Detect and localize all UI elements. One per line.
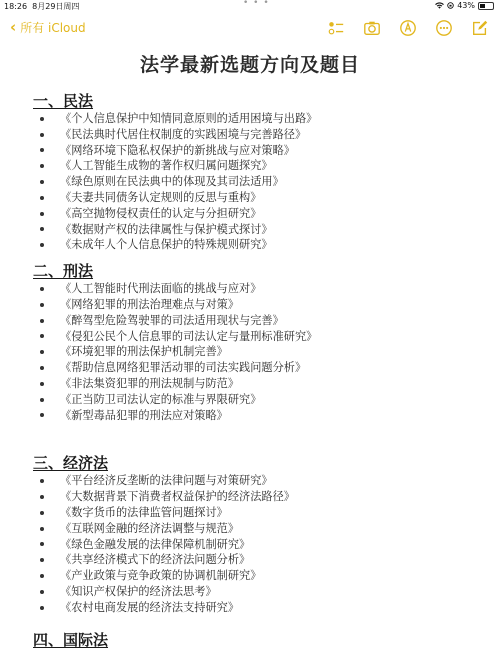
checklist-button[interactable]: [326, 18, 346, 38]
list-item: 《产业政策与竞争政策的协调机制研究》: [40, 568, 500, 584]
bullet-icon: [40, 227, 44, 231]
topic-list: 《平台经济反垄断的法律问题与对策研究》 《大数据背景下消费者权益保护的经济法路径…: [33, 473, 500, 615]
more-button[interactable]: [434, 18, 454, 38]
notes-toolbar: ‹ 所有 iCloud: [0, 14, 500, 42]
list-item: 《正当防卫司法认定的标准与界限研究》: [40, 392, 500, 408]
bullet-icon: [40, 196, 44, 200]
back-button[interactable]: ‹ 所有 iCloud: [10, 19, 86, 36]
bullet-icon: [40, 542, 44, 546]
list-item: 《绿色金融发展的法律保障机制研究》: [40, 537, 500, 553]
list-item: 《人工智能时代刑法面临的挑战与应对》: [40, 281, 500, 297]
section-heading: 二、刑法: [33, 261, 500, 281]
list-item: 《高空抛物侵权责任的认定与分担研究》: [40, 206, 500, 222]
camera-icon: [363, 19, 381, 37]
bullet-icon: [40, 117, 44, 121]
bullet-icon: [40, 287, 44, 291]
bullet-icon: [40, 382, 44, 386]
list-item: 《大数据背景下消费者权益保护的经济法路径》: [40, 489, 500, 505]
topic-list: 《个人信息保护中知情同意原则的适用困境与出路》 《民法典时代居住权制度的实践困境…: [33, 111, 500, 253]
list-item: 《网络犯罪的刑法治理难点与对策》: [40, 297, 500, 313]
toolbar-actions: [326, 18, 490, 38]
list-item: 《醉驾型危险驾驶罪的司法适用现状与完善》: [40, 313, 500, 329]
bullet-icon: [40, 133, 44, 137]
status-indicators: 43%: [435, 1, 494, 10]
bullet-icon: [40, 303, 44, 307]
bullet-icon: [40, 590, 44, 594]
section-economic-law: 三、经济法 《平台经济反垄断的法律问题与对策研究》 《大数据背景下消费者权益保护…: [33, 453, 500, 615]
list-item: 《非法集资犯罪的刑法规制与防范》: [40, 376, 500, 392]
section-criminal-law: 二、刑法 《人工智能时代刑法面临的挑战与应对》 《网络犯罪的刑法治理难点与对策》…: [33, 261, 500, 423]
orientation-lock-icon: [447, 2, 454, 9]
bullet-icon: [40, 398, 44, 402]
chevron-left-icon: ‹: [10, 20, 16, 35]
list-item: 《环境犯罪的刑法保护机制完善》: [40, 344, 500, 360]
list-item: 《共享经济模式下的经济法问题分析》: [40, 552, 500, 568]
section-heading: 四、国际法: [33, 630, 500, 650]
battery-percent: 43%: [457, 1, 475, 10]
bullet-icon: [40, 574, 44, 578]
bullet-icon: [40, 606, 44, 610]
list-item: 《未成年人个人信息保护的特殊规则研究》: [40, 237, 500, 253]
bullet-icon: [40, 212, 44, 216]
bullet-icon: [40, 319, 44, 323]
battery-icon: [478, 2, 494, 10]
list-item: 《个人信息保护中知情同意原则的适用困境与出路》: [40, 111, 500, 127]
bullet-icon: [40, 366, 44, 370]
markup-button[interactable]: [398, 18, 418, 38]
back-label: 所有 iCloud: [20, 19, 85, 36]
list-item: 《平台经济反垄断的法律问题与对策研究》: [40, 473, 500, 489]
compose-icon: [471, 19, 489, 37]
more-icon: [435, 19, 453, 37]
multitasking-dots[interactable]: • • •: [243, 0, 270, 8]
list-item: 《数字货币的法律监管问题探讨》: [40, 505, 500, 521]
status-time: 18:26 8月29日周四: [4, 1, 79, 12]
list-item: 《数据财产权的法律属性与保护模式探讨》: [40, 222, 500, 238]
list-item: 《互联网金融的经济法调整与规范》: [40, 521, 500, 537]
list-item: 《民法典时代居住权制度的实践困境与完善路径》: [40, 127, 500, 143]
note-title: 法学最新选题方向及题目: [0, 50, 500, 77]
bullet-icon: [40, 243, 44, 247]
topic-list: 《人工智能时代刑法面临的挑战与应对》 《网络犯罪的刑法治理难点与对策》 《醉驾型…: [33, 281, 500, 423]
list-item: 《农村电商发展的经济法支持研究》: [40, 600, 500, 616]
bullet-icon: [40, 350, 44, 354]
bullet-icon: [40, 334, 44, 338]
section-heading: 一、民法: [33, 91, 500, 111]
bullet-icon: [40, 148, 44, 152]
wifi-icon: [435, 2, 444, 9]
list-item: 《绿色原则在民法典中的体现及其司法适用》: [40, 174, 500, 190]
camera-button[interactable]: [362, 18, 382, 38]
section-civil-law: 一、民法 《个人信息保护中知情同意原则的适用困境与出路》 《民法典时代居住权制度…: [33, 91, 500, 253]
bullet-icon: [40, 495, 44, 499]
checklist-icon: [327, 19, 345, 37]
list-item: 《人工智能生成物的著作权归属问题探究》: [40, 158, 500, 174]
status-bar: 18:26 8月29日周四 • • • 43%: [0, 0, 500, 12]
section-heading: 三、经济法: [33, 453, 500, 473]
note-body[interactable]: 法学最新选题方向及题目 一、民法 《个人信息保护中知情同意原则的适用困境与出路》…: [0, 44, 500, 650]
bullet-icon: [40, 511, 44, 515]
markup-pen-icon: [399, 19, 417, 37]
bullet-icon: [40, 479, 44, 483]
bullet-icon: [40, 558, 44, 562]
list-item: 《侵犯公民个人信息罪的司法认定与量刑标准研究》: [40, 329, 500, 345]
list-item: 《网络环境下隐私权保护的新挑战与应对策略》: [40, 143, 500, 159]
bullet-icon: [40, 413, 44, 417]
bullet-icon: [40, 527, 44, 531]
bullet-icon: [40, 164, 44, 168]
list-item: 《帮助信息网络犯罪活动罪的司法实践问题分析》: [40, 360, 500, 376]
bullet-icon: [40, 180, 44, 184]
compose-button[interactable]: [470, 18, 490, 38]
list-item: 《知识产权保护的经济法思考》: [40, 584, 500, 600]
list-item: 《夫妻共同债务认定规则的反思与重构》: [40, 190, 500, 206]
section-international-law: 四、国际法: [33, 630, 500, 650]
list-item: 《新型毒品犯罪的刑法应对策略》: [40, 408, 500, 424]
